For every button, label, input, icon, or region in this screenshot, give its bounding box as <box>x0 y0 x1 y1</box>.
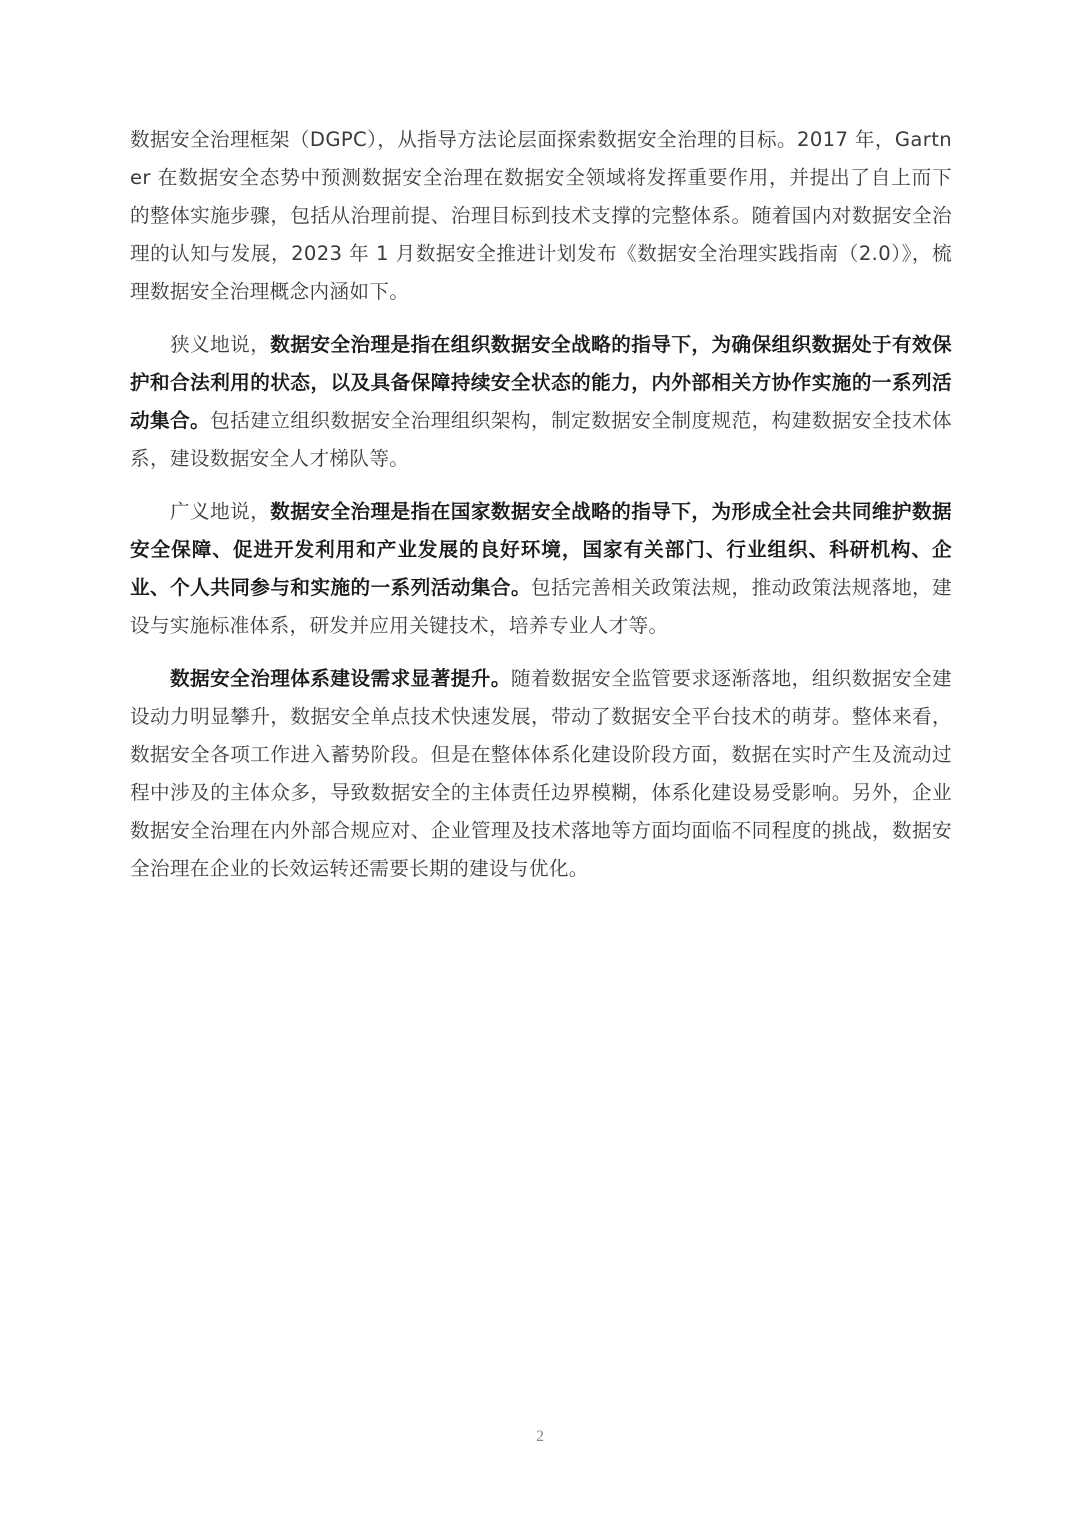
paragraph-demand-increase: 数据安全治理体系建设需求显著提升。随着数据安全监管要求逐渐落地，组织数据安全建设… <box>130 660 952 888</box>
paragraph-text: 包括建立组织数据安全治理组织架构，制定数据安全制度规范，构建数据安全技术体系，建… <box>130 409 952 470</box>
paragraph-text: 随着数据安全监管要求逐渐落地，组织数据安全建设动力明显攀升，数据安全单点技术快速… <box>130 667 952 880</box>
paragraph-broad-definition: 广义地说，数据安全治理是指在国家数据安全战略的指导下，为形成全社会共同维护数据安… <box>130 493 952 645</box>
paragraph-text: 数据安全治理框架（DGPC），从指导方法论层面探索数据安全治理的目标。2017 … <box>130 128 952 303</box>
paragraph-lead: 广义地说， <box>170 500 270 523</box>
document-body: 数据安全治理框架（DGPC），从指导方法论层面探索数据安全治理的目标。2017 … <box>130 121 952 903</box>
paragraph-narrow-definition: 狭义地说，数据安全治理是指在组织数据安全战略的指导下，为确保组织数据处于有效保护… <box>130 326 952 478</box>
page-number: 2 <box>0 1428 1080 1446</box>
paragraph-dgpc-context: 数据安全治理框架（DGPC），从指导方法论层面探索数据安全治理的目标。2017 … <box>130 121 952 311</box>
bold-heading: 数据安全治理体系建设需求显著提升。 <box>170 667 511 690</box>
paragraph-lead: 狭义地说， <box>170 333 270 356</box>
